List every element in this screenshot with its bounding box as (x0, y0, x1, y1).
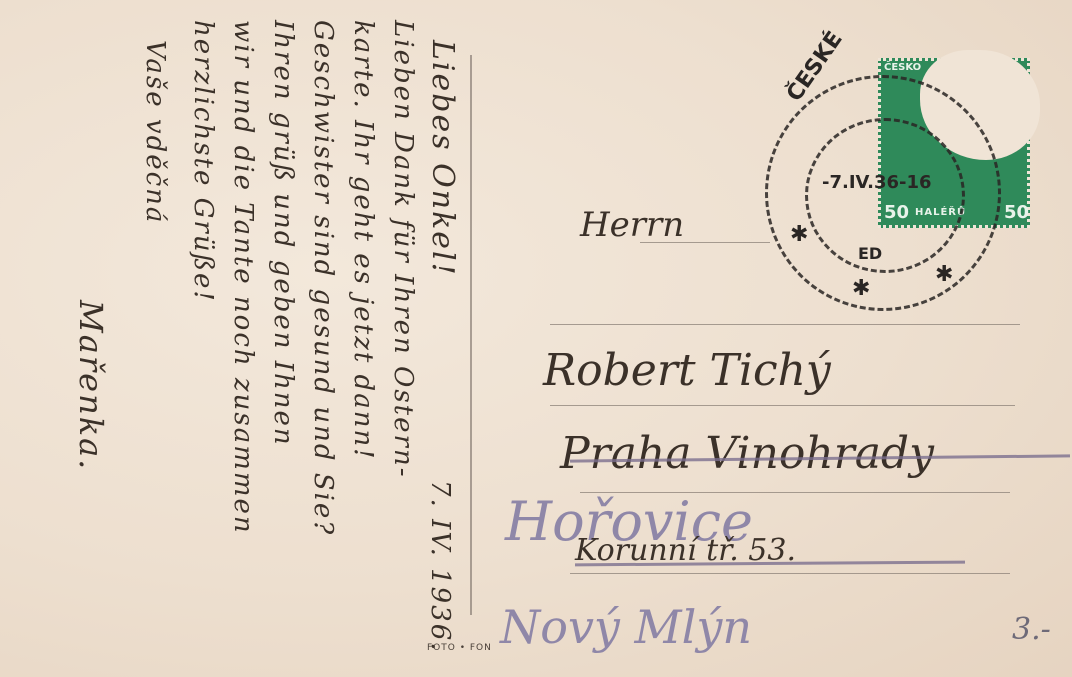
message-line: Ihren grüß und geben Ihnen (268, 20, 298, 447)
stamp-country: ČESKO (884, 62, 921, 73)
message-line: herzlichste Grüße! (188, 20, 218, 303)
message-line: Geschwister sind gesund und Sie? (308, 20, 338, 536)
address-rule (570, 573, 1010, 574)
message-signature: Mařenka. (72, 300, 110, 471)
message-line: karte. Ihr geht es jetzt dann! (348, 20, 378, 461)
postmark-star-icon: ✱ (935, 262, 953, 287)
message-date: 7. IV. 1936. (425, 480, 455, 653)
stamp-value-right: 50 (1004, 202, 1029, 223)
postmark-date: -7.IV.36-16 (822, 172, 932, 193)
corner-note: 3.- (1012, 612, 1051, 647)
message-closing: Vaše vděčná (140, 40, 170, 224)
postmark-inner-ring (805, 118, 965, 273)
postmark-star-icon: ✱ (852, 276, 870, 301)
postmark-star-icon: ✱ (790, 222, 808, 247)
address-rule (550, 405, 1015, 406)
publisher-imprint: FOTO • FON (427, 643, 492, 653)
address-rule (640, 242, 770, 243)
recipient-city-struck: Praha Vinohrady (560, 428, 934, 479)
message-greeting: Liebes Onkel! (425, 40, 460, 277)
message-line: wir und die Tante noch zusammen (228, 20, 258, 535)
address-rule (550, 324, 1020, 325)
message-line: Lieben Dank für Ihren Ostern- (388, 20, 418, 478)
address-salutation: Herrn (580, 205, 684, 245)
postmark-code: ED (858, 244, 882, 263)
postcard-back: Liebes Onkel! Lieben Dank für Ihren Oste… (0, 0, 1072, 677)
recipient-name: Robert Tichý (543, 345, 831, 396)
center-divider (470, 55, 472, 615)
pencil-note: Nový Mlýn (500, 600, 752, 654)
